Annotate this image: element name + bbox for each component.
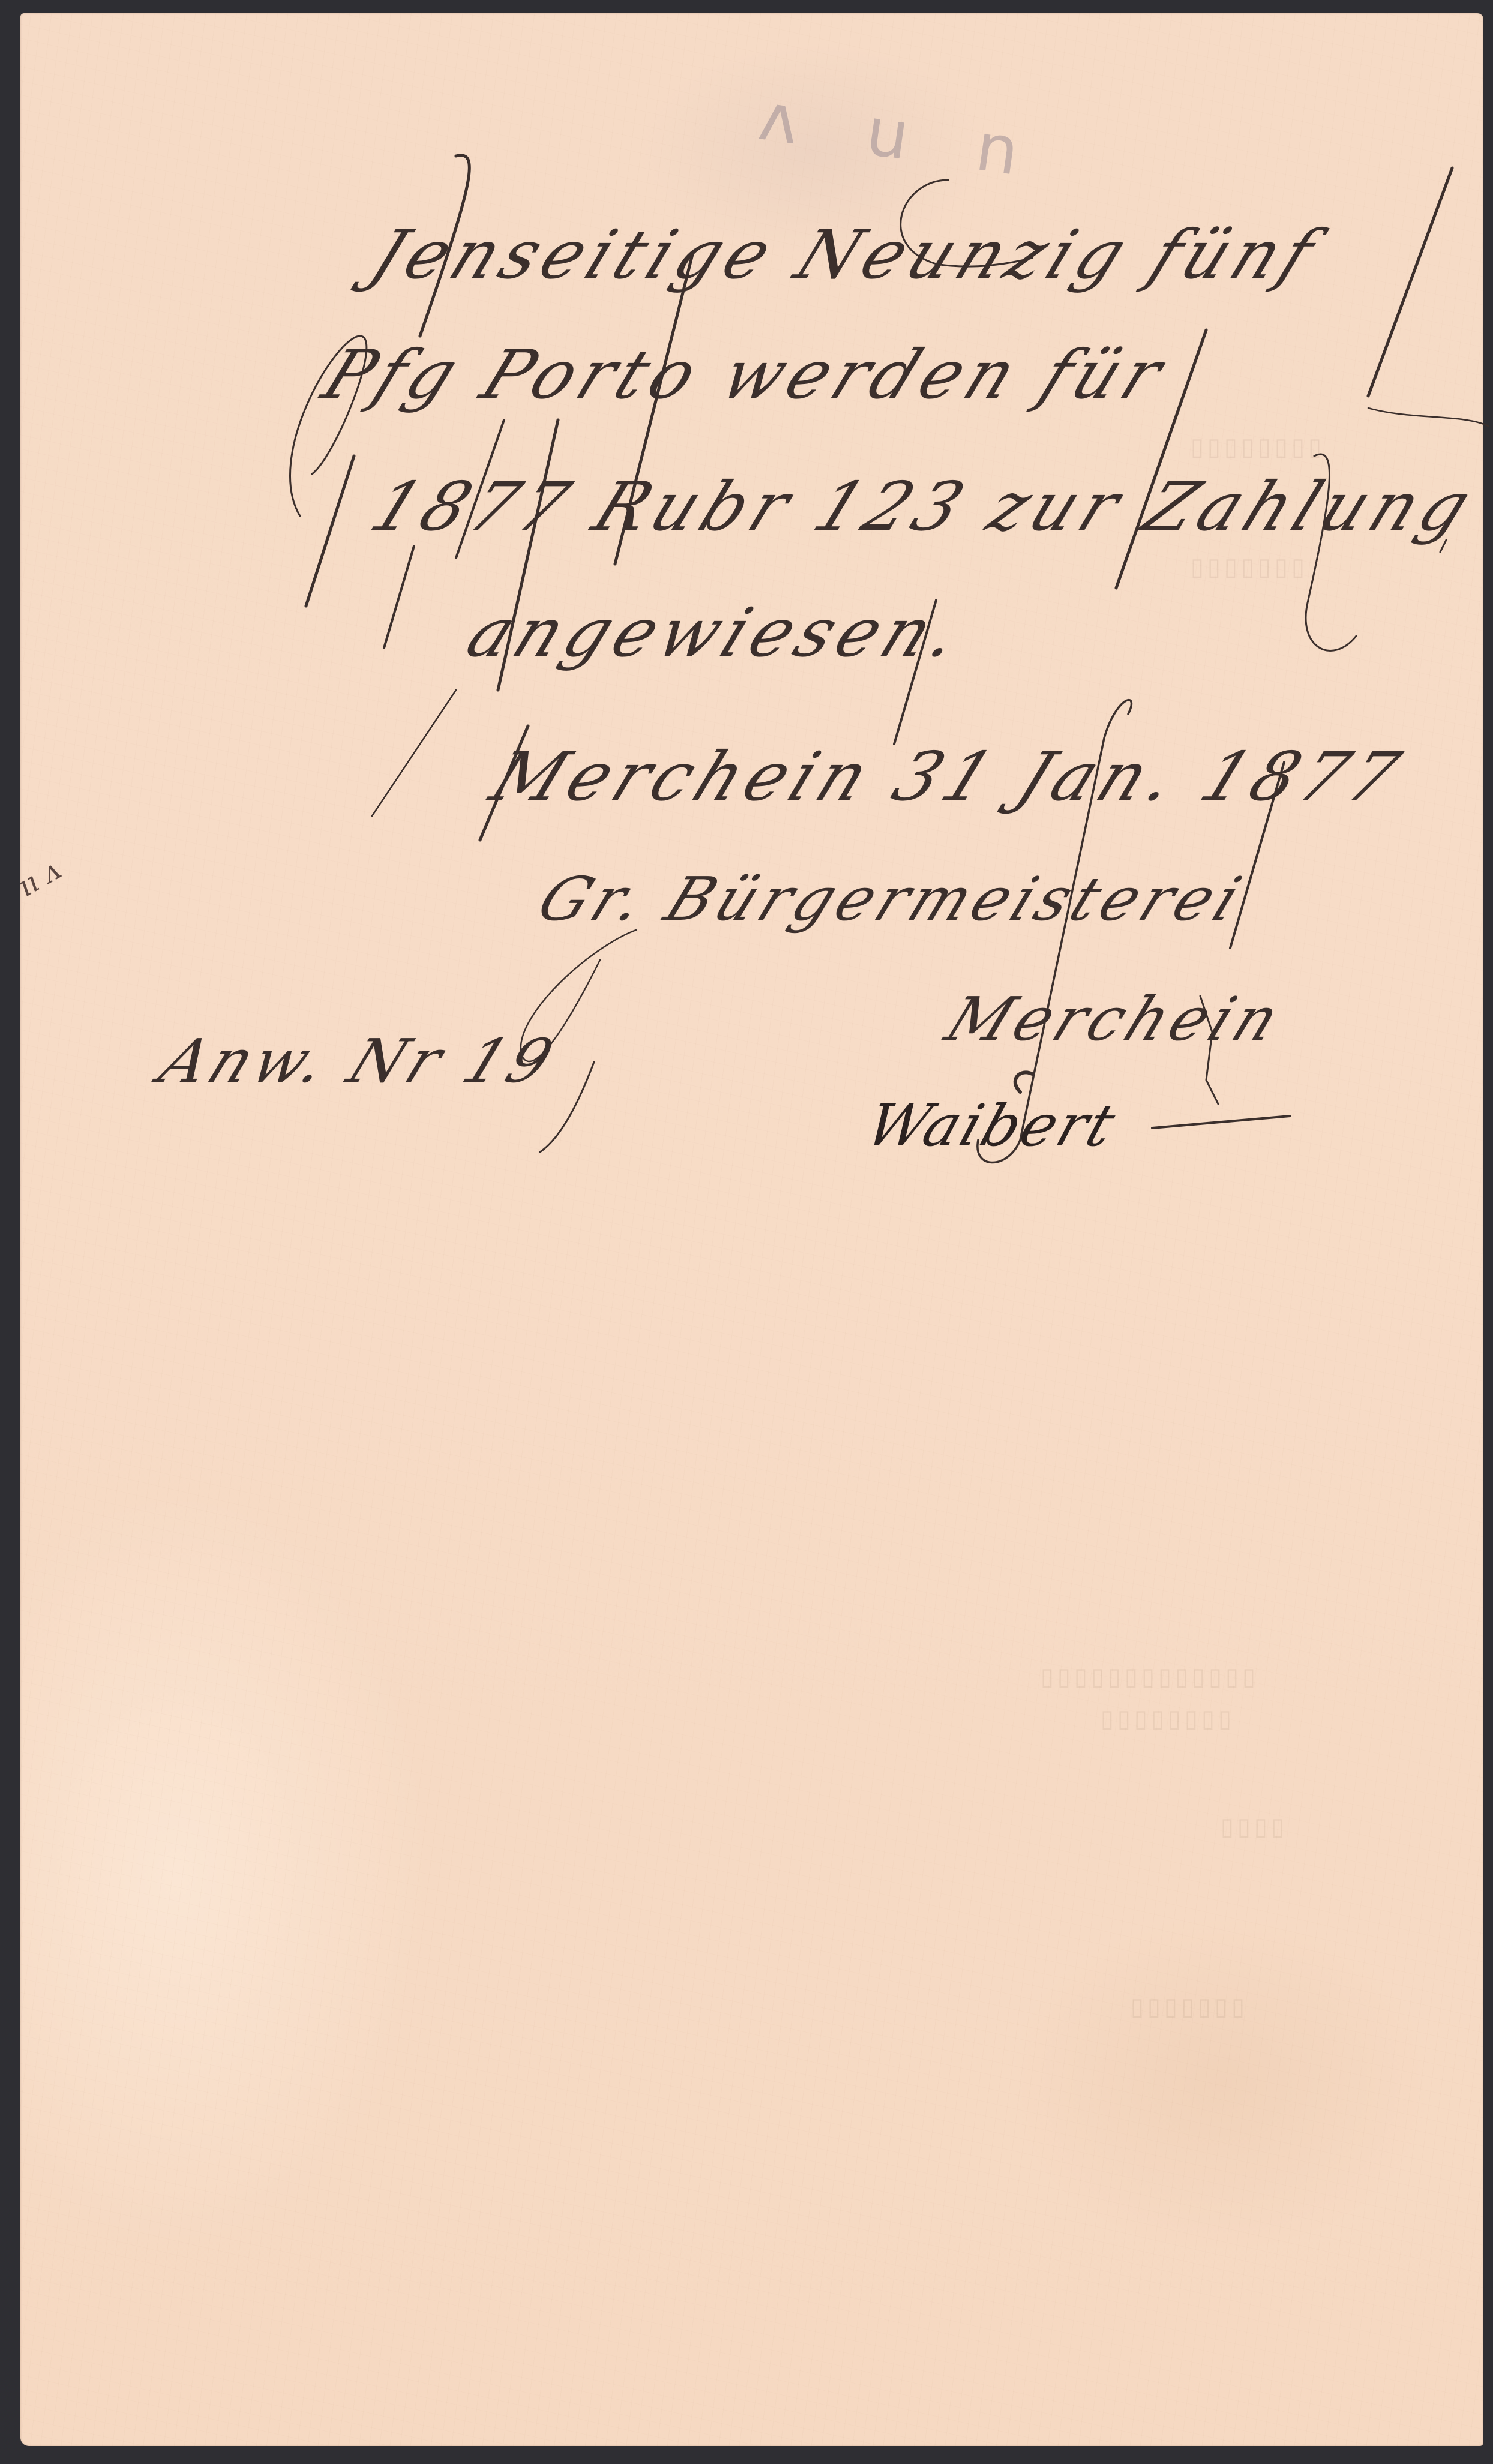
place-date: Merchein 31 Jan. 1877 bbox=[480, 738, 1416, 816]
body-line-3: 1877 Rubr 123 zur Zahlung bbox=[360, 468, 1488, 546]
show-through-text: ▯▯▯▯▯▯▯▯▯▯▯▯▯ bbox=[1041, 1663, 1259, 1691]
show-through-text: ▯▯▯▯▯▯▯ bbox=[1131, 1993, 1248, 2021]
signature: Waibert bbox=[858, 1092, 1125, 1159]
authority-place: Merchein bbox=[936, 984, 1294, 1054]
show-through-text: ▯▯▯▯ bbox=[1221, 1813, 1288, 1841]
show-through-text: ▯▯▯▯▯▯▯▯ bbox=[1191, 433, 1325, 461]
reference-number: Anw. Nr 19 bbox=[150, 1026, 568, 1096]
body-line-4: angewiesen. bbox=[456, 594, 978, 672]
show-through-text: ▯▯▯▯▯▯▯▯ bbox=[1101, 1705, 1235, 1733]
authority-line: Gr. Bürgermeisterei bbox=[528, 864, 1255, 934]
body-line-1: Jenseitige Neunzig fünf bbox=[360, 216, 1331, 294]
body-line-2: Pfg Porto werden für bbox=[312, 336, 1179, 414]
show-through-text: ▯▯▯▯▯▯▯ bbox=[1191, 553, 1308, 581]
faint-pencil-mark: ʌ u n bbox=[754, 78, 1047, 194]
